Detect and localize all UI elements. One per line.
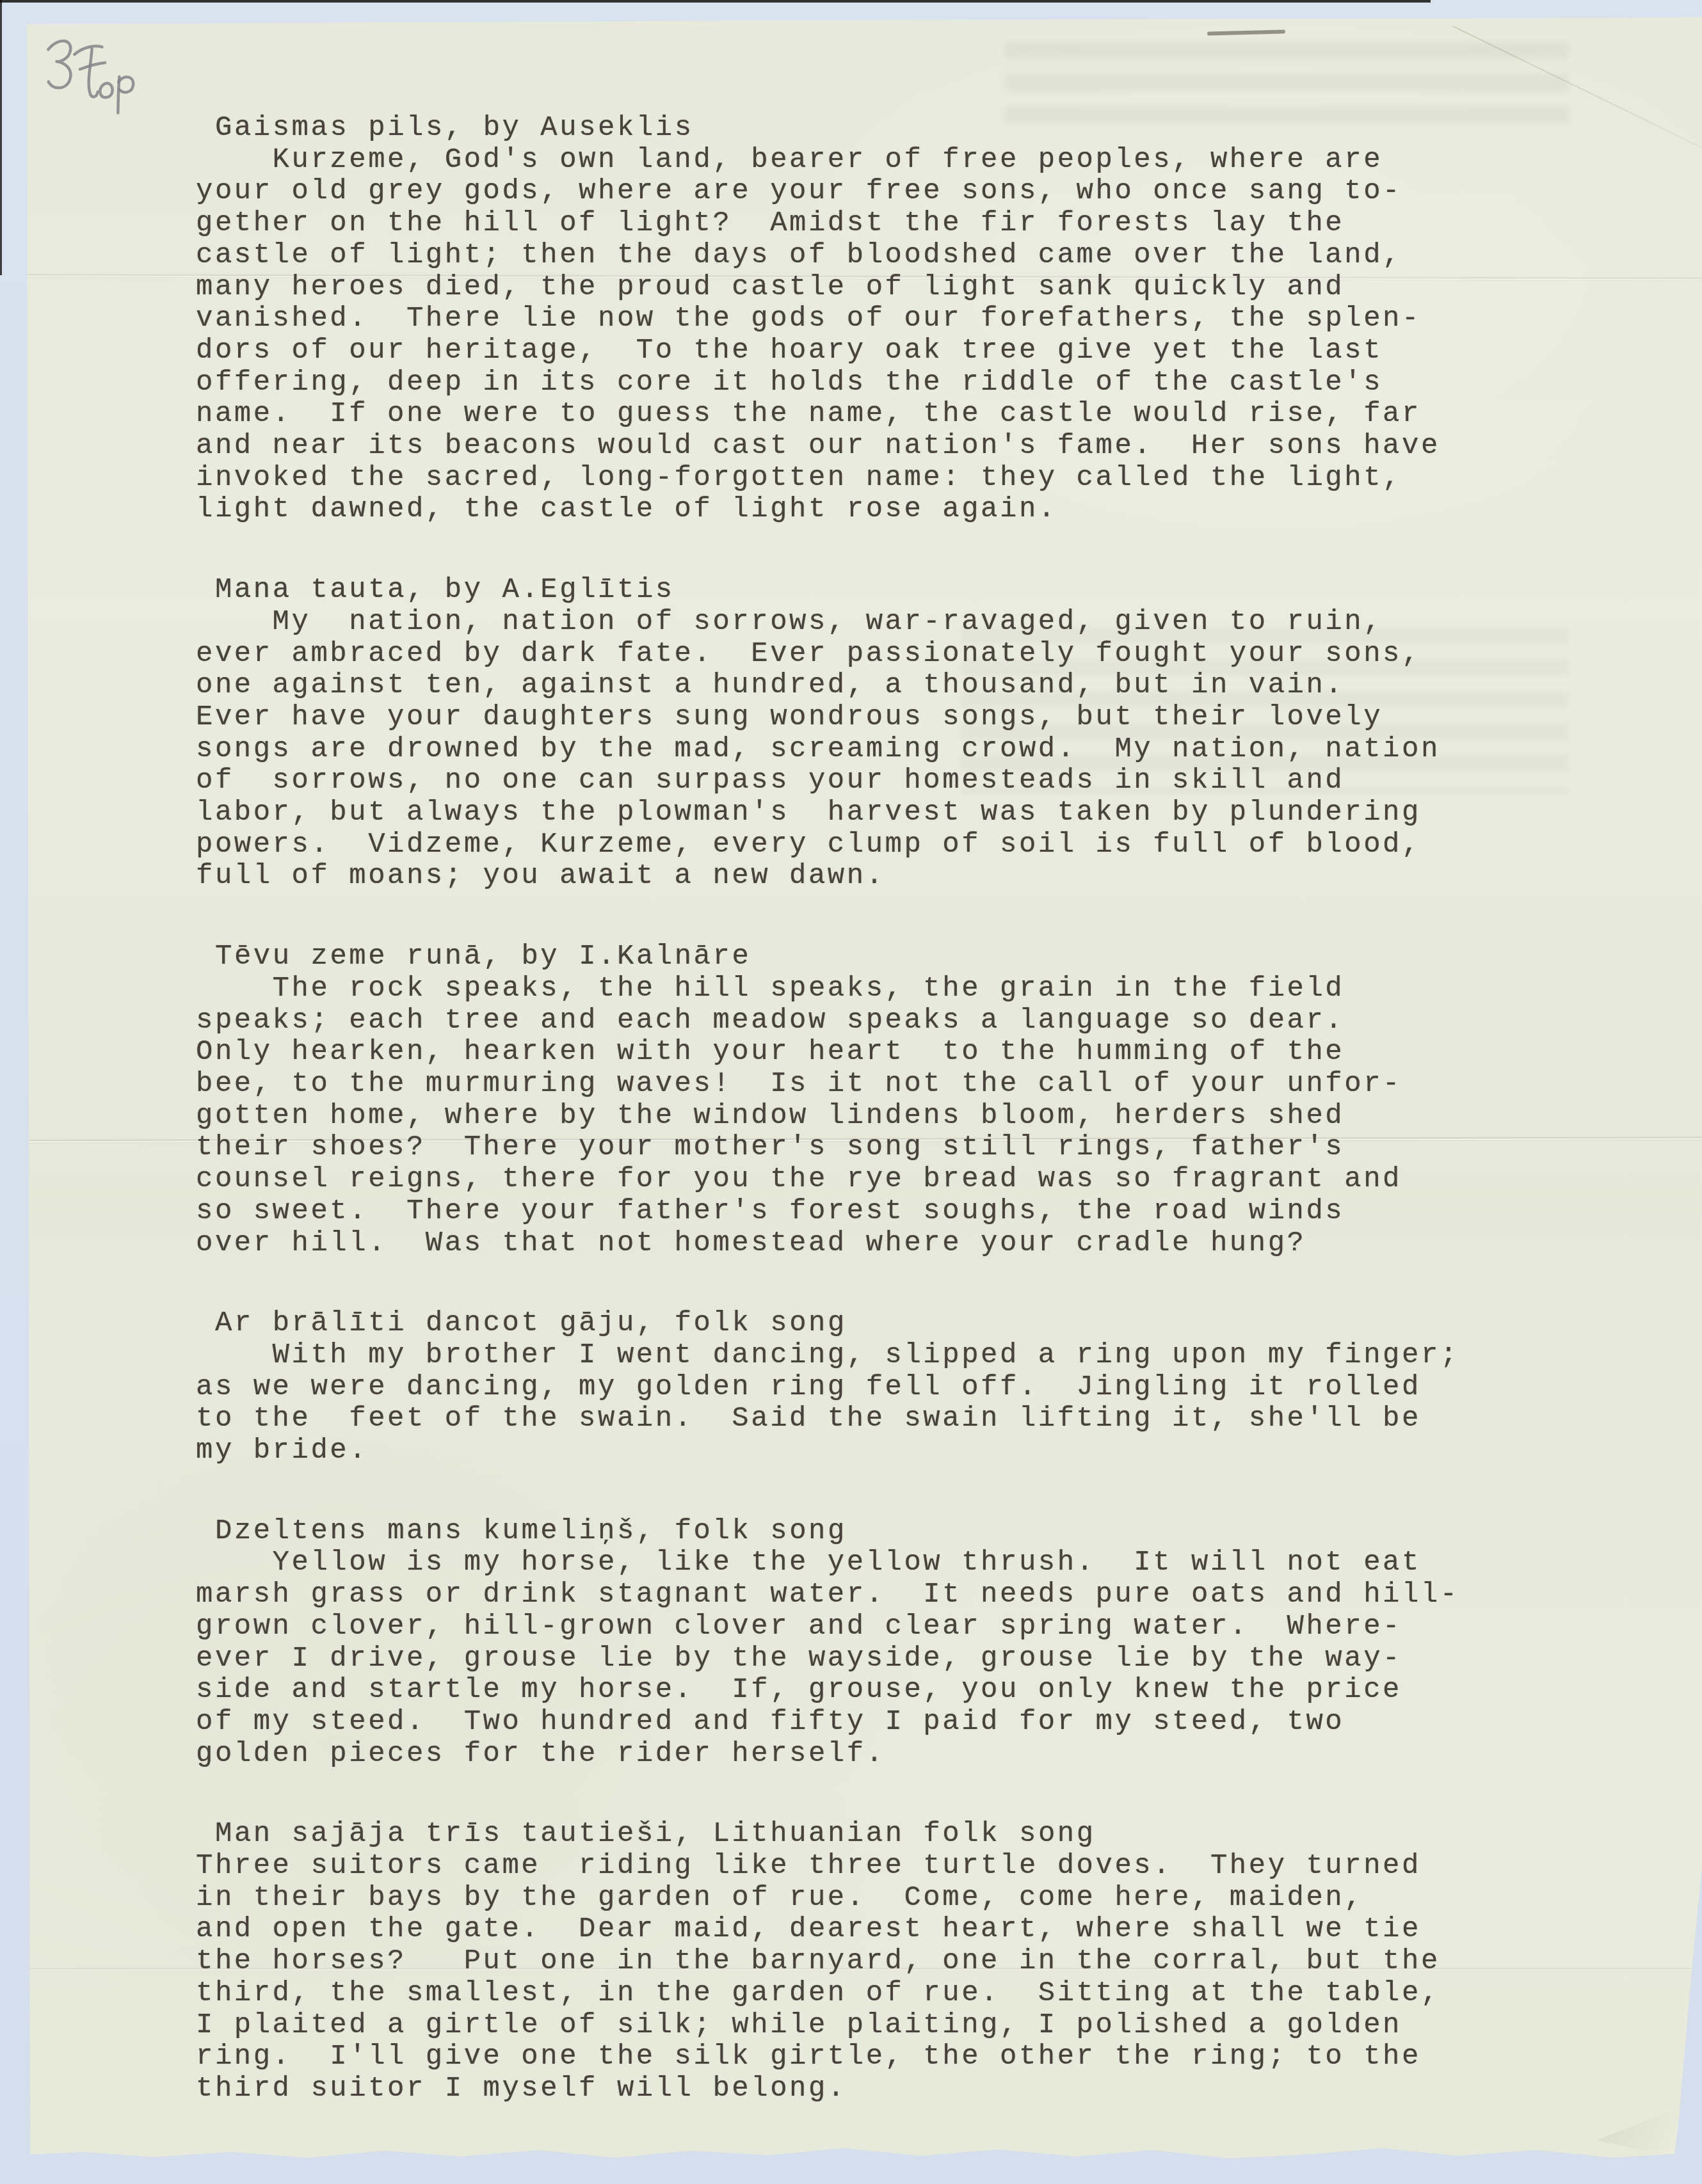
text-line: Kurzeme, God's own land, bearer of free … [196,145,1459,177]
poem-section: Gaismas pils, by Auseklis Kurzeme, God's… [196,113,1459,526]
text-line: and near its beacons would cast our nati… [196,431,1459,463]
section-title: Gaismas pils, by Auseklis [196,113,1459,145]
text-line: ever I drive, grouse lie by the wayside,… [196,1643,1459,1675]
scanner-edge [0,0,1431,3]
text-line: With my brother I went dancing, slipped … [196,1340,1459,1372]
text-line: as we were dancing, my golden ring fell … [196,1372,1459,1404]
text-line: offering, deep in its core it holds the … [196,367,1459,399]
text-line: side and startle my horse. If, grouse, y… [196,1675,1459,1707]
poem-section: Man sajāja trīs tautieši, Lithuanian fol… [196,1819,1459,2105]
dog-ear-fold [1593,2104,1682,2159]
text-line: third, the smallest, in the garden of ru… [196,1978,1459,2010]
handwritten-annotation [35,25,153,125]
scanner-edge [0,0,2,275]
poem-section: Tēvu zeme runā, by I.Kalnāre The rock sp… [196,941,1459,1259]
section-title: Ar brālīti dancot gāju, folk song [196,1308,1459,1340]
text-line: bee, to the murmuring waves! Is it not t… [196,1069,1459,1101]
text-line: golden pieces for the rider herself. [196,1739,1459,1771]
text-line: name. If one were to guess the name, the… [196,399,1459,431]
poem-section: Dzeltens mans kumeliņš, folk song Yellow… [196,1516,1459,1771]
text-line: in their bays by the garden of rue. Come… [196,1883,1459,1915]
section-title: Man sajāja trīs tautieši, Lithuanian fol… [196,1819,1459,1851]
text-line: grown clover, hill-grown clover and clea… [196,1611,1459,1643]
text-line: third suitor I myself will belong. [196,2073,1459,2105]
text-line: ever ambraced by dark fate. Ever passion… [196,639,1459,671]
text-line: full of moans; you await a new dawn. [196,861,1459,893]
text-line: and open the gate. Dear maid, dearest he… [196,1914,1459,1946]
text-line: gether on the hill of light? Amidst the … [196,208,1459,240]
text-line: the horses? Put one in the barnyard, one… [196,1946,1459,1978]
text-line: one against ten, against a hundred, a th… [196,670,1459,702]
text-line: The rock speaks, the hill speaks, the gr… [196,973,1459,1005]
poem-section: Ar brālīti dancot gāju, folk song With m… [196,1308,1459,1467]
text-line: to the feet of the swain. Said the swain… [196,1403,1459,1435]
section-title: Tēvu zeme runā, by I.Kalnāre [196,941,1459,973]
text-line: labor, but always the plowman's harvest … [196,797,1459,829]
scan-background: { "annotation": { "text": "37op" }, "doc… [0,0,1702,2184]
text-line: I plaited a girtle of silk; while plaiti… [196,2010,1459,2042]
text-line: dors of our heritage, To the hoary oak t… [196,335,1459,367]
text-line: songs are drowned by the mad, screaming … [196,734,1459,766]
text-line: castle of light; then the days of bloods… [196,240,1459,272]
paper-sheet: Gaismas pils, by Auseklis Kurzeme, God's… [0,0,1702,2184]
text-line: of sorrows, no one can surpass your home… [196,765,1459,797]
text-line: powers. Vidzeme, Kurzeme, every clump of… [196,829,1459,861]
text-line: over hill. Was that not homestead where … [196,1228,1459,1260]
corner-crease [1452,26,1702,153]
text-line: many heroes died, the proud castle of li… [196,272,1459,304]
section-title: Mana tauta, by A.Eglītis [196,575,1459,607]
text-line: speaks; each tree and each meadow speaks… [196,1005,1459,1037]
document-text: Gaismas pils, by Auseklis Kurzeme, God's… [196,113,1459,2154]
text-line: marsh grass or drink stagnant water. It … [196,1579,1459,1611]
text-line: Three suitors came riding like three tur… [196,1851,1459,1883]
text-line: counsel reigns, there for you the rye br… [196,1164,1459,1196]
text-line: of my steed. Two hundred and fifty I pai… [196,1707,1459,1739]
text-line: gotten home, where by the window lindens… [196,1101,1459,1133]
text-line: my bride. [196,1435,1459,1467]
text-line: their shoes? There your mother's song st… [196,1132,1459,1164]
text-line: your old grey gods, where are your free … [196,176,1459,208]
text-line: light dawned, the castle of light rose a… [196,494,1459,526]
pen-mark [1207,29,1285,35]
text-line: My nation, nation of sorrows, war-ravage… [196,607,1459,639]
text-line: Only hearken, hearken with your heart to… [196,1037,1459,1069]
text-line: Yellow is my horse, like the yellow thru… [196,1547,1459,1579]
poem-section: Mana tauta, by A.Eglītis My nation, nati… [196,575,1459,893]
text-line: so sweet. There your father's forest sou… [196,1196,1459,1228]
text-line: ring. I'll give one the silk girtle, the… [196,2041,1459,2073]
text-line: vanished. There lie now the gods of our … [196,303,1459,335]
section-title: Dzeltens mans kumeliņš, folk song [196,1516,1459,1548]
text-line: invoked the sacred, long-forgotten name:… [196,463,1459,495]
text-line: Ever have your daughters sung wondrous s… [196,702,1459,734]
